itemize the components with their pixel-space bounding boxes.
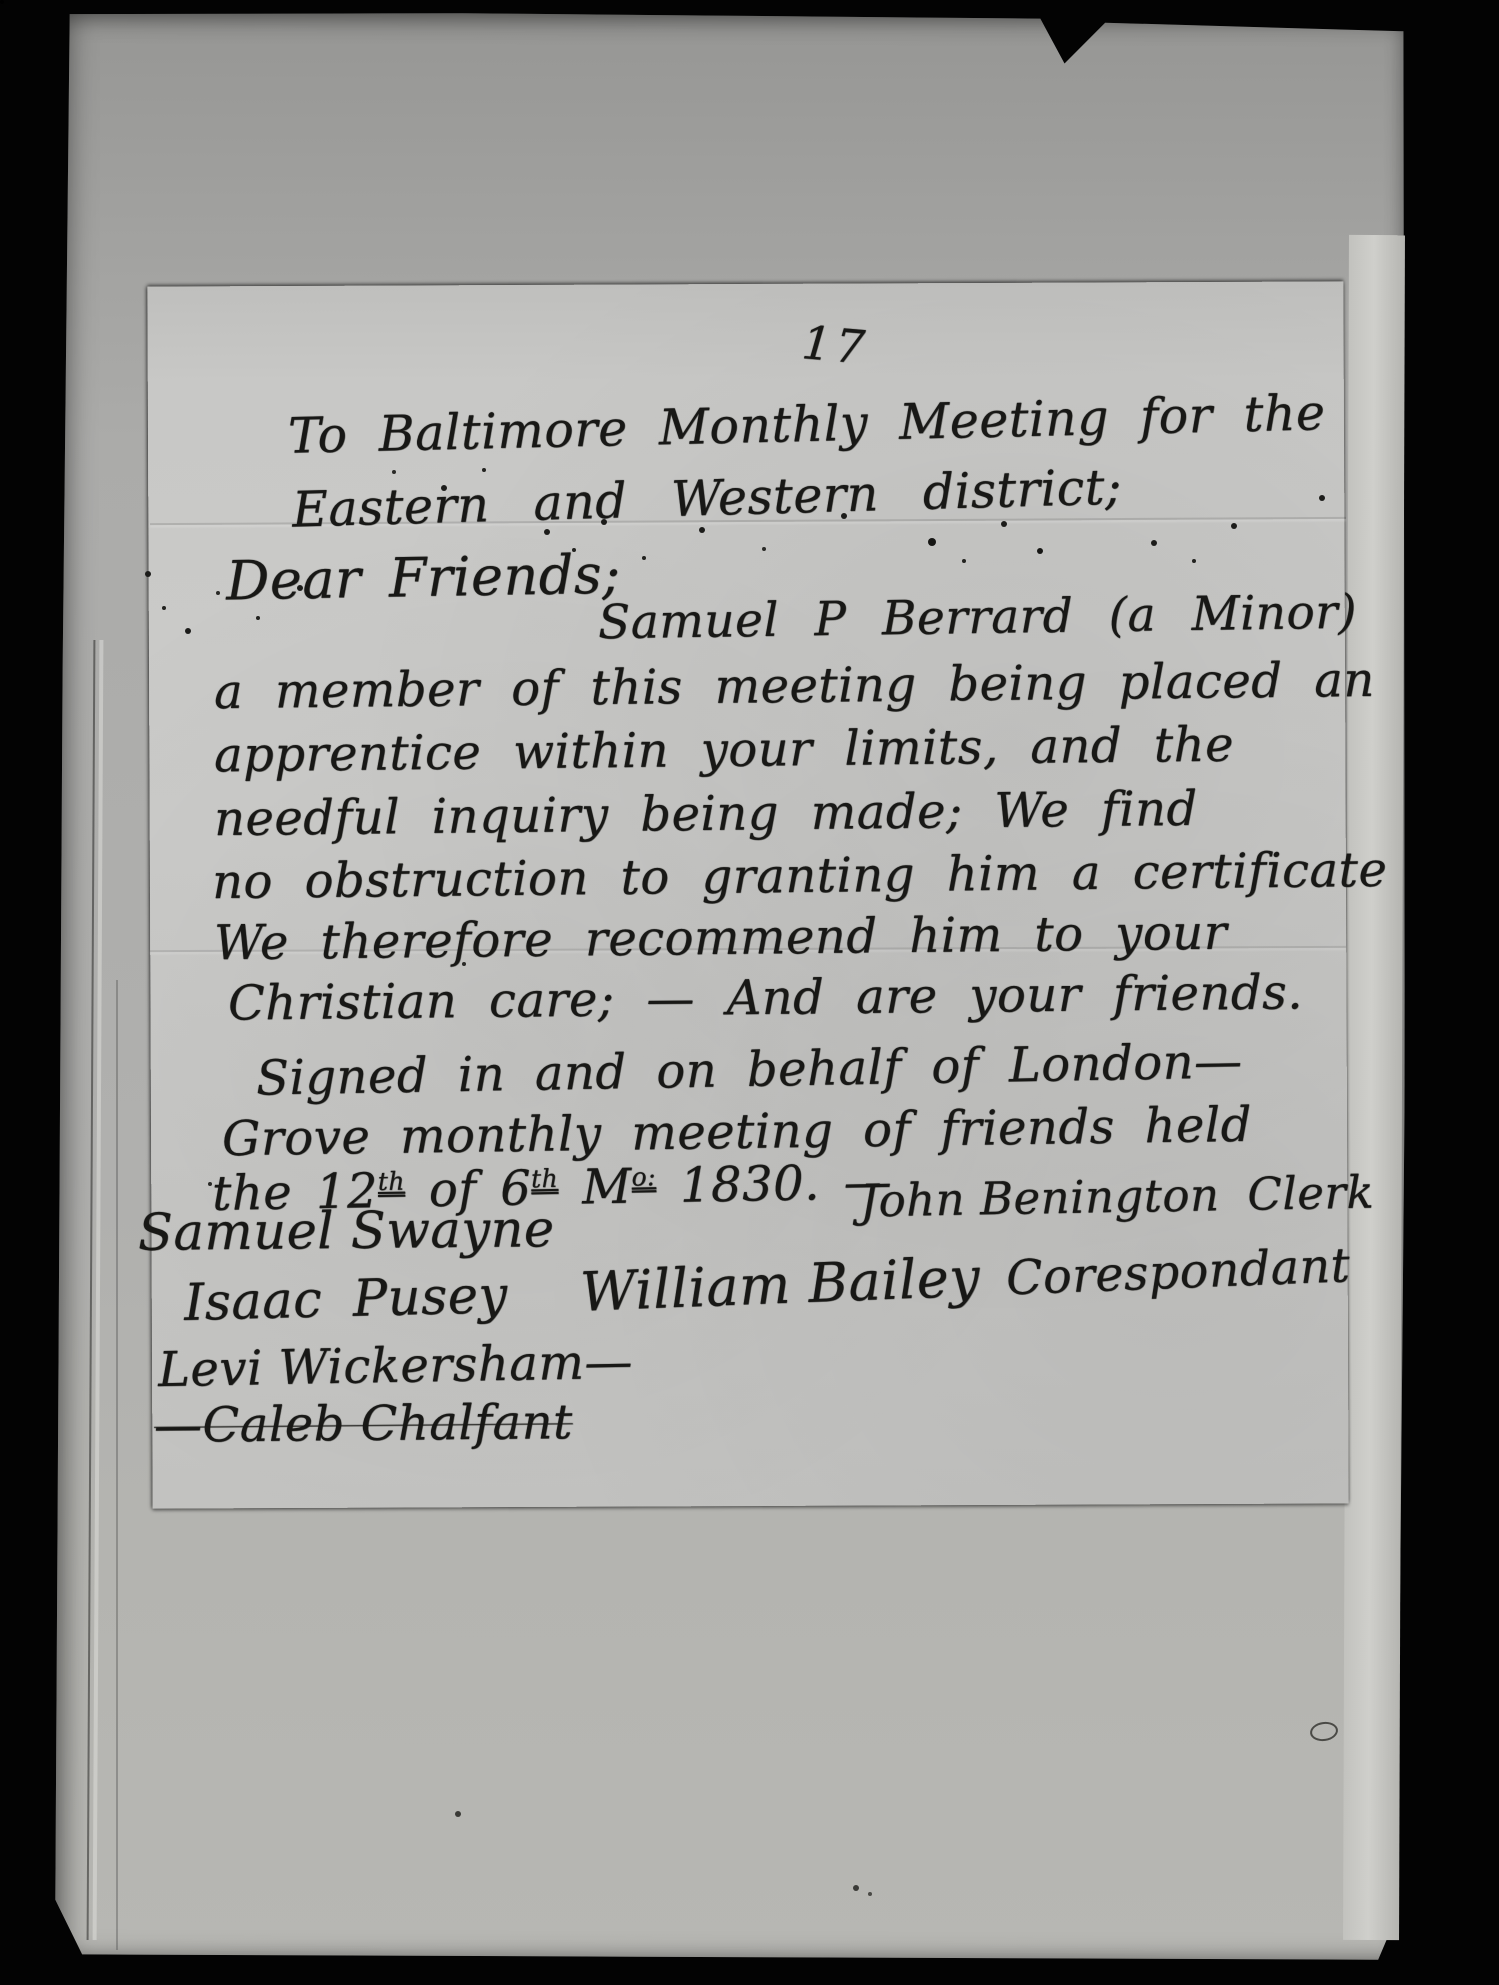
body-line-5: We therefore recommend him to your [214, 905, 1228, 972]
page-fore-edge [1343, 235, 1405, 1940]
ink-specks [0, 0, 4, 4]
correspondent-title: Corespondant [1005, 1238, 1351, 1306]
witness-signature-3: Levi Wickersham— [158, 1334, 634, 1398]
witness-signature-2: Isaac Pusey [183, 1266, 508, 1333]
body-line-2: apprentice within your limits, and the [214, 717, 1234, 784]
date-ordinal: o: [631, 1162, 656, 1191]
clerk-title: Clerk [1247, 1166, 1375, 1221]
clerk-name: John Benington [860, 1168, 1220, 1227]
under-page-edge-2 [116, 980, 118, 1950]
clerk-signature: John BeningtonClerk [860, 1166, 1375, 1228]
witness-signature-1: Samuel Swayne [138, 1200, 555, 1263]
witness-signature-4: —Caleb Chalfant [154, 1394, 573, 1454]
date-part: 1830. — [656, 1154, 893, 1214]
subject-name-line: Samuel P Berrard (a Minor) [598, 585, 1358, 651]
date-ordinal: th [378, 1167, 406, 1196]
salutation: Dear Friends; [225, 543, 621, 613]
date-ordinal: th [531, 1164, 559, 1193]
body-line-3: needful inquiry being made; We find [214, 781, 1198, 847]
page-number: 17 [800, 315, 871, 375]
scanned-document-view: 17 To Baltimore Monthly Meeting for the … [0, 0, 1499, 1985]
date-part: M [558, 1159, 632, 1216]
body-line-6: Christian care; — And are your friends. [228, 964, 1303, 1031]
